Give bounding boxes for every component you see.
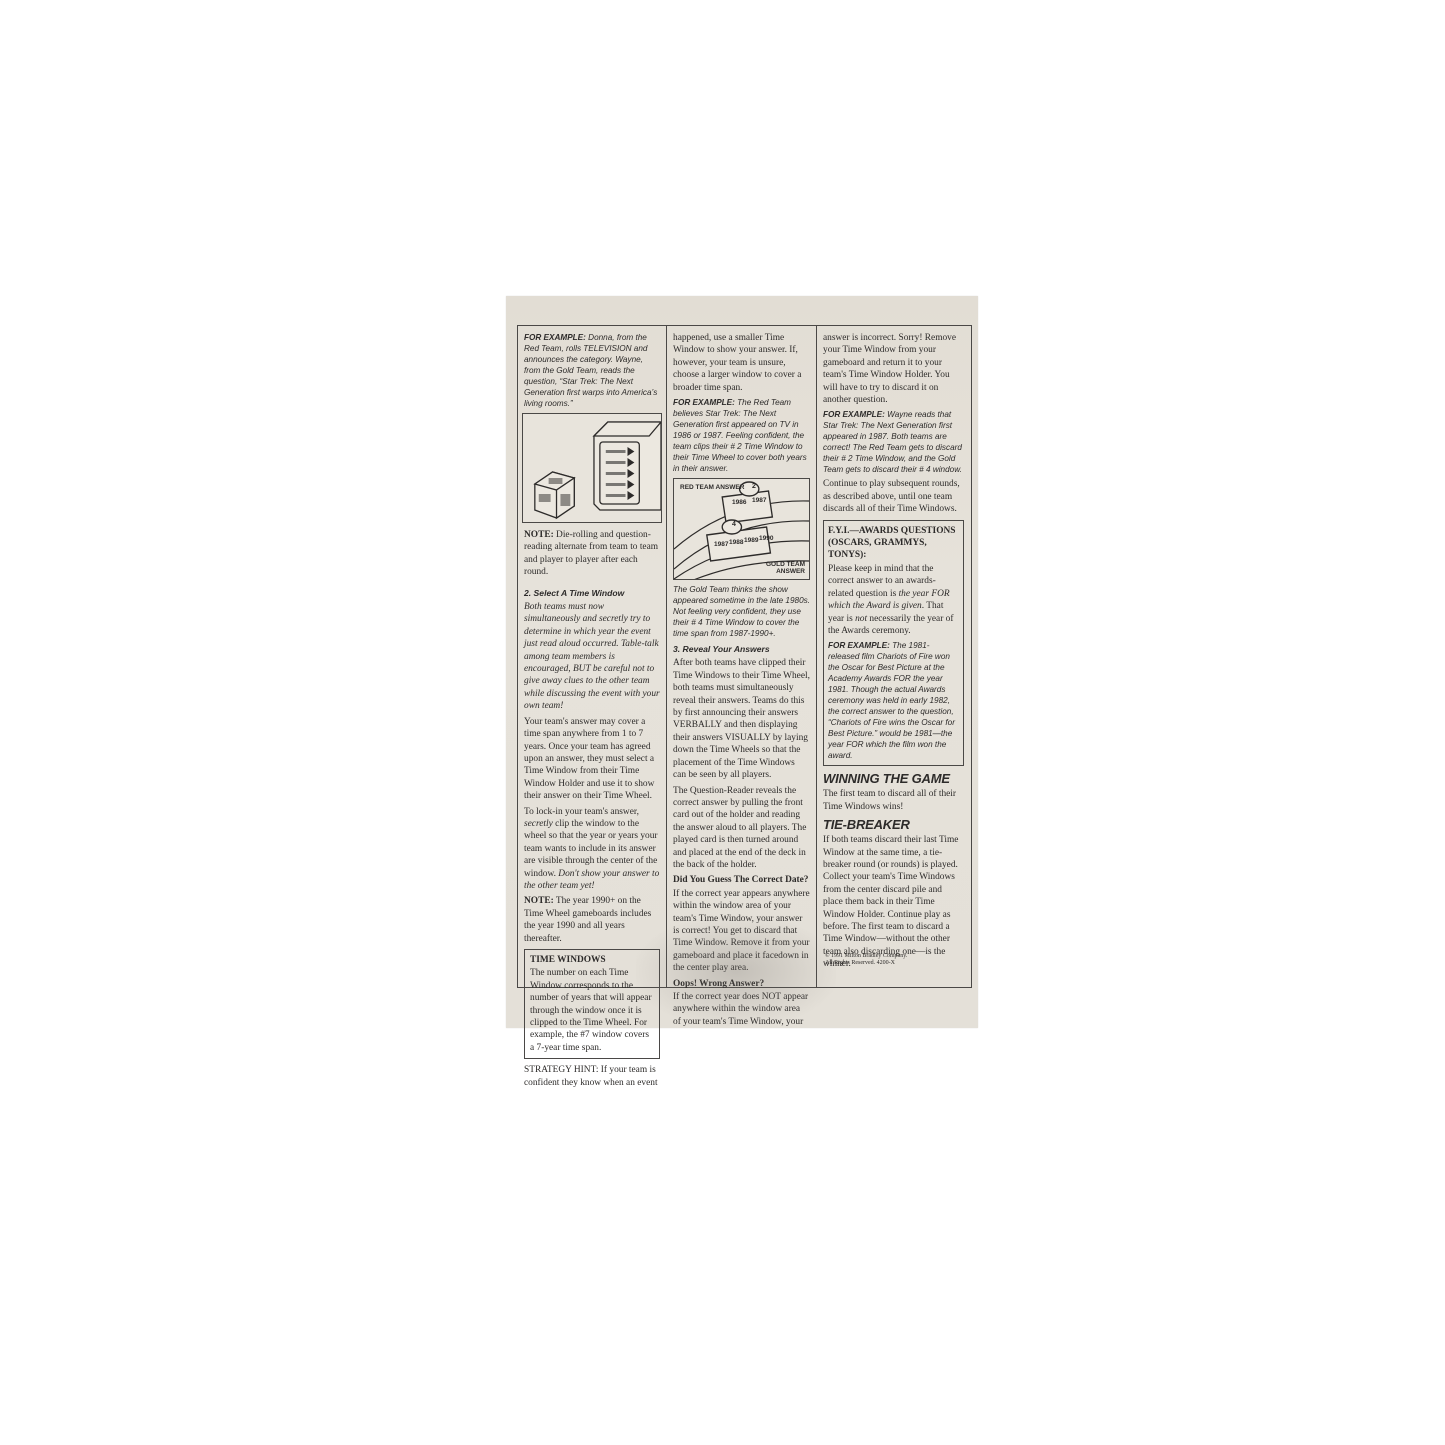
section-3-paragraph-1: After both teams have clipped their Time… <box>673 657 810 781</box>
gold-window-number: 4 <box>732 521 736 528</box>
time-windows-text: The number on each Time Window correspon… <box>530 967 654 1054</box>
gold-year-2: 1988 <box>729 539 743 546</box>
die-and-card-holder-illustration <box>522 413 662 523</box>
fyi-title: F.Y.I.—AWARDS QUESTIONS (OSCARS, GRAMMYS… <box>828 525 959 562</box>
section-2-paragraph-2: Your team's answer may cover a time span… <box>524 716 660 803</box>
section-3-paragraph-2: The Question-Reader reveals the correct … <box>673 785 810 872</box>
rules-frame: FOR EXAMPLE: Donna, from the Red Team, r… <box>517 325 972 988</box>
note-label: NOTE: <box>524 530 554 540</box>
fyi-example: FOR EXAMPLE: The 1981-released film Char… <box>828 640 959 761</box>
gold-year-4: 1990 <box>759 535 773 542</box>
winning-heading: WINNING THE GAME <box>823 771 964 786</box>
column-3-continuation: answer is incorrect. Sorry! Remove your … <box>823 332 964 406</box>
correct-date-heading: Did You Guess The Correct Date? <box>673 874 810 886</box>
column-3: answer is incorrect. Sorry! Remove your … <box>816 326 970 987</box>
example-text: Donna, from the Red Team, rolls TELEVISI… <box>524 333 657 408</box>
strategy-hint: STRATEGY HINT: If your team is confident… <box>524 1064 660 1089</box>
wrong-answer-text: If the correct year does NOT appear anyw… <box>673 991 810 1028</box>
time-windows-title: TIME WINDOWS <box>530 954 654 966</box>
column-2-continuation: happened, use a smaller Time Window to s… <box>673 332 810 394</box>
column-1: FOR EXAMPLE: Donna, from the Red Team, r… <box>518 326 666 987</box>
gold-year-3: 1989 <box>744 537 758 544</box>
section-3-heading: 3. Reveal Your Answers <box>673 643 810 655</box>
example-donna: FOR EXAMPLE: Donna, from the Red Team, r… <box>524 332 660 409</box>
example-label: FOR EXAMPLE: <box>524 333 586 342</box>
time-windows-box: TIME WINDOWS The number on each Time Win… <box>524 949 660 1059</box>
rules-page: FOR EXAMPLE: Donna, from the Red Team, r… <box>506 296 978 1028</box>
example-red-team: FOR EXAMPLE: The Red Team believes Star … <box>673 397 810 474</box>
example-both-correct: FOR EXAMPLE: Wayne reads that Star Trek:… <box>823 409 964 475</box>
copyright-notice: © 1991 Milton Bradley Company. All Right… <box>825 953 907 967</box>
wrong-answer-heading: Oops! Wrong Answer? <box>673 978 810 990</box>
correct-date-text: If the correct year appears anywhere wit… <box>673 888 810 975</box>
section-2-heading: 2. Select A Time Window <box>524 587 660 599</box>
gold-year-1: 1987 <box>714 541 728 548</box>
red-window-number: 2 <box>752 483 756 490</box>
note-1990: NOTE: The year 1990+ on the Time Wheel g… <box>524 895 660 945</box>
tie-breaker-text: If both teams discard their last Time Wi… <box>823 834 964 970</box>
fyi-awards-box: F.Y.I.—AWARDS QUESTIONS (OSCARS, GRAMMYS… <box>823 520 964 767</box>
continue-play-text: Continue to play subsequent rounds, as d… <box>823 478 964 515</box>
gold-team-answer-label: GOLD TEAM ANSWER <box>755 561 805 575</box>
red-year-2: 1987 <box>752 497 766 504</box>
tie-breaker-heading: TIE-BREAKER <box>823 817 964 832</box>
section-2-paragraph-1: Both teams must now simultaneously and s… <box>524 601 660 713</box>
red-year-1: 1986 <box>732 499 746 506</box>
category-die-icon <box>523 414 661 522</box>
gold-team-caption: The Gold Team thinks the show appeared s… <box>673 584 810 639</box>
section-2-paragraph-3: To lock-in your team's answer, secretly … <box>524 806 660 893</box>
red-team-answer-label: RED TEAM ANSWER <box>680 484 744 491</box>
fyi-text: Please keep in mind that the correct ans… <box>828 563 959 637</box>
winning-text: The first team to discard all of their T… <box>823 788 964 813</box>
column-2: happened, use a smaller Time Window to s… <box>666 326 816 987</box>
time-wheel-illustration: RED TEAM ANSWER 2 1986 1987 4 1987 1988 … <box>673 478 810 580</box>
